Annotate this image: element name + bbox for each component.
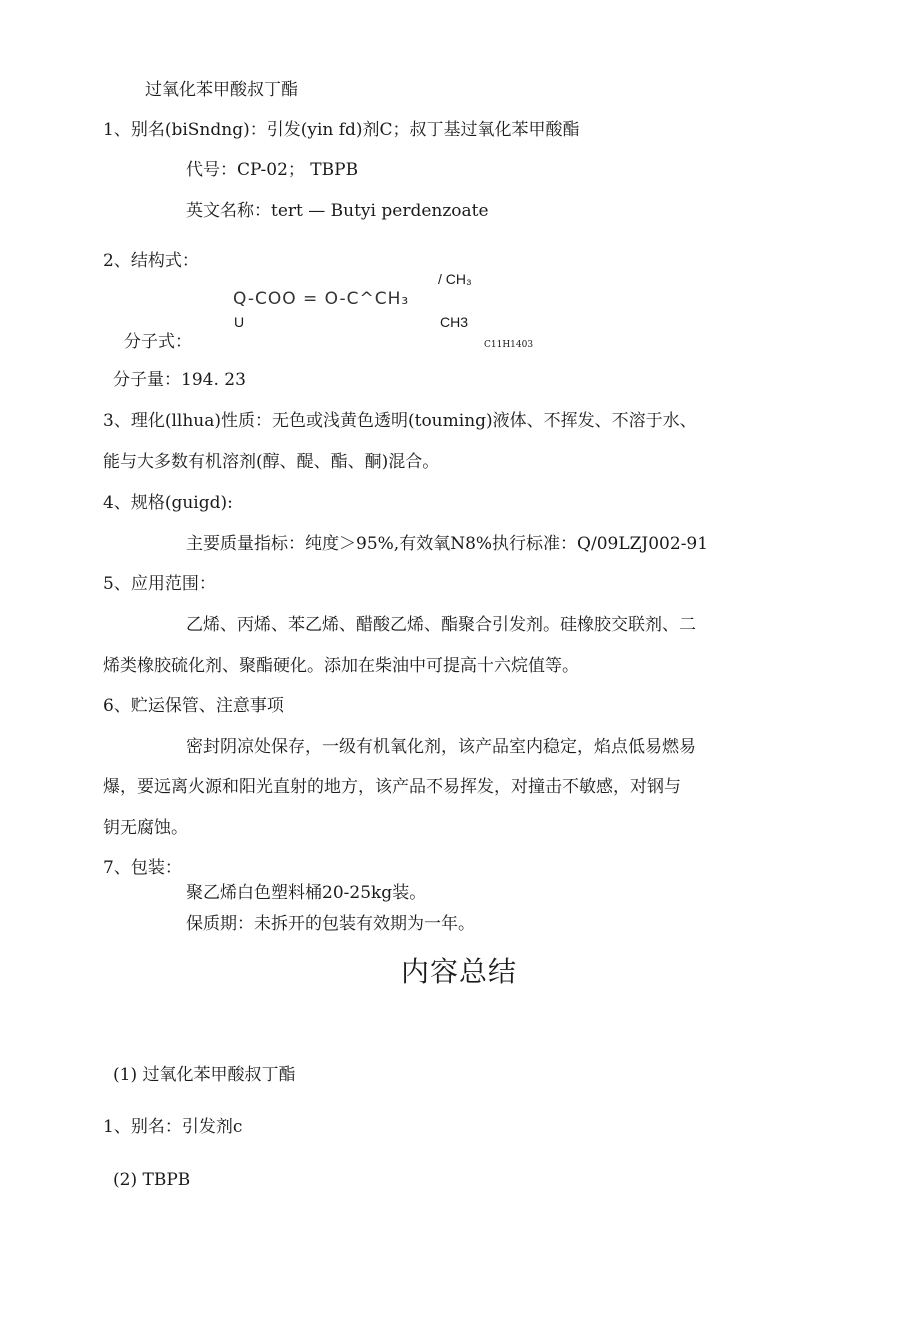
document-title: 过氧化苯甲酸叔丁酯: [145, 79, 298, 101]
properties-line-2: 能与大多数有机溶剂(醇、醍、酯、酮)混合。: [103, 451, 439, 473]
alias-line: 1、别名(biSndng)：引发(yin fd)剂C；叔丁基过氧化苯甲酸酯: [103, 119, 580, 141]
structure-formula-bottom-right: CH3: [440, 311, 468, 333]
molecular-weight: 分子量：194. 23: [113, 369, 246, 391]
packaging-line-2: 保质期：未拆开的包装有效期为一年。: [186, 913, 475, 935]
summary-title: 内容总结: [401, 955, 517, 989]
packaging-line-1: 聚乙烯白色塑料桶20-25kg装。: [186, 882, 426, 904]
molecular-formula-label: 分子式：: [124, 331, 192, 353]
storage-line-2: 爆，要远离火源和阳光直射的地方，该产品不易挥发，对撞击不敏感，对钢与: [103, 776, 681, 798]
molecular-formula-value: C11H1403: [484, 339, 533, 351]
storage-line-1: 密封阴凉处保存，一级有机氧化剂，该产品室内稳定，焰点低易燃易: [186, 736, 696, 758]
specification-detail: 主要质量指标：纯度＞95%,有效氧N8%执行标准：Q/09LZJ002-91: [186, 533, 708, 555]
packaging-heading: 7、包装：: [103, 857, 182, 879]
application-heading: 5、应用范围：: [103, 573, 216, 595]
application-line-1: 乙烯、丙烯、苯乙烯、醋酸乙烯、酯聚合引发剂。硅橡胶交联剂、二: [186, 614, 696, 636]
summary-item-3: (2) TBPB: [113, 1169, 190, 1191]
structure-formula-top-right: / CH₃: [438, 268, 472, 290]
storage-heading: 6、贮运保管、注意事项: [103, 695, 284, 717]
structure-formula-main: Q-COO = O-C^CH₃: [233, 288, 409, 310]
code-line: 代号：CP-02； TBPB: [186, 159, 358, 181]
summary-item-1: (1) 过氧化苯甲酸叔丁酯: [113, 1064, 295, 1086]
storage-line-3: 钥无腐蚀。: [103, 817, 188, 839]
english-name-line: 英文名称：tert — Butyi perdenzoate: [186, 200, 489, 222]
application-line-2: 烯类橡胶硫化剂、聚酯硬化。添加在柴油中可提高十六烷值等。: [103, 655, 579, 677]
specification-heading: 4、规格(guigd):: [103, 492, 233, 514]
summary-item-2: 1、别名：引发剂c: [103, 1116, 242, 1138]
structure-heading: 2、结构式：: [103, 250, 199, 272]
properties-line-1: 3、理化(llhua)性质：无色或浅黄色透明(touming)液体、不挥发、不溶…: [103, 410, 697, 432]
structure-formula-sub-left: U: [234, 311, 244, 333]
